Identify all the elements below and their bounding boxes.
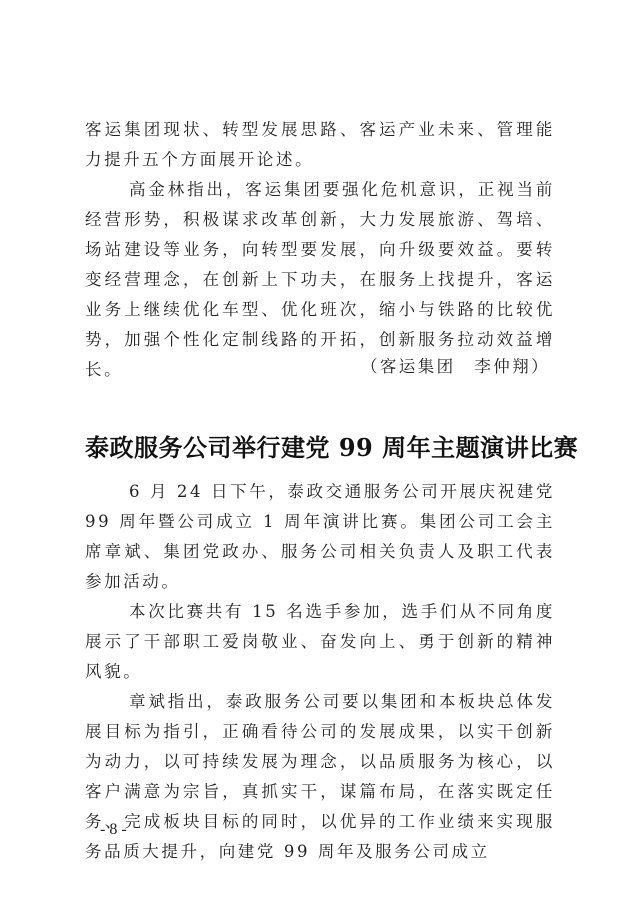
- paragraph: 6 月 24 日下午，泰政交通服务公司开展庆祝建党 99 周年暨公司成立 1 周…: [85, 477, 555, 597]
- page-number: - 8 -: [100, 820, 127, 840]
- article-body: 6 月 24 日下午，泰政交通服务公司开展庆祝建党 99 周年暨公司成立 1 周…: [85, 477, 555, 867]
- article-continuation: 客运集团现状、转型发展思路、客运产业未来、管理能力提升五个方面展开论述。 高金林…: [85, 115, 555, 385]
- article-title: 泰政服务公司举行建党 99 周年主题演讲比赛: [85, 428, 555, 468]
- paragraph: 本次比赛共有 15 名选手参加，选手们从不同角度展示了干部职工爱岗敬业、奋发向上…: [85, 597, 555, 687]
- paragraph: 章斌指出，泰政服务公司要以集团和本板块总体发展目标为指引，正确看待公司的发展成果…: [85, 687, 555, 867]
- author-byline: （客运集团 李仲翔）: [361, 352, 550, 382]
- document-page: 客运集团现状、转型发展思路、客运产业未来、管理能力提升五个方面展开论述。 高金林…: [0, 0, 636, 900]
- paragraph: 客运集团现状、转型发展思路、客运产业未来、管理能力提升五个方面展开论述。: [85, 115, 555, 175]
